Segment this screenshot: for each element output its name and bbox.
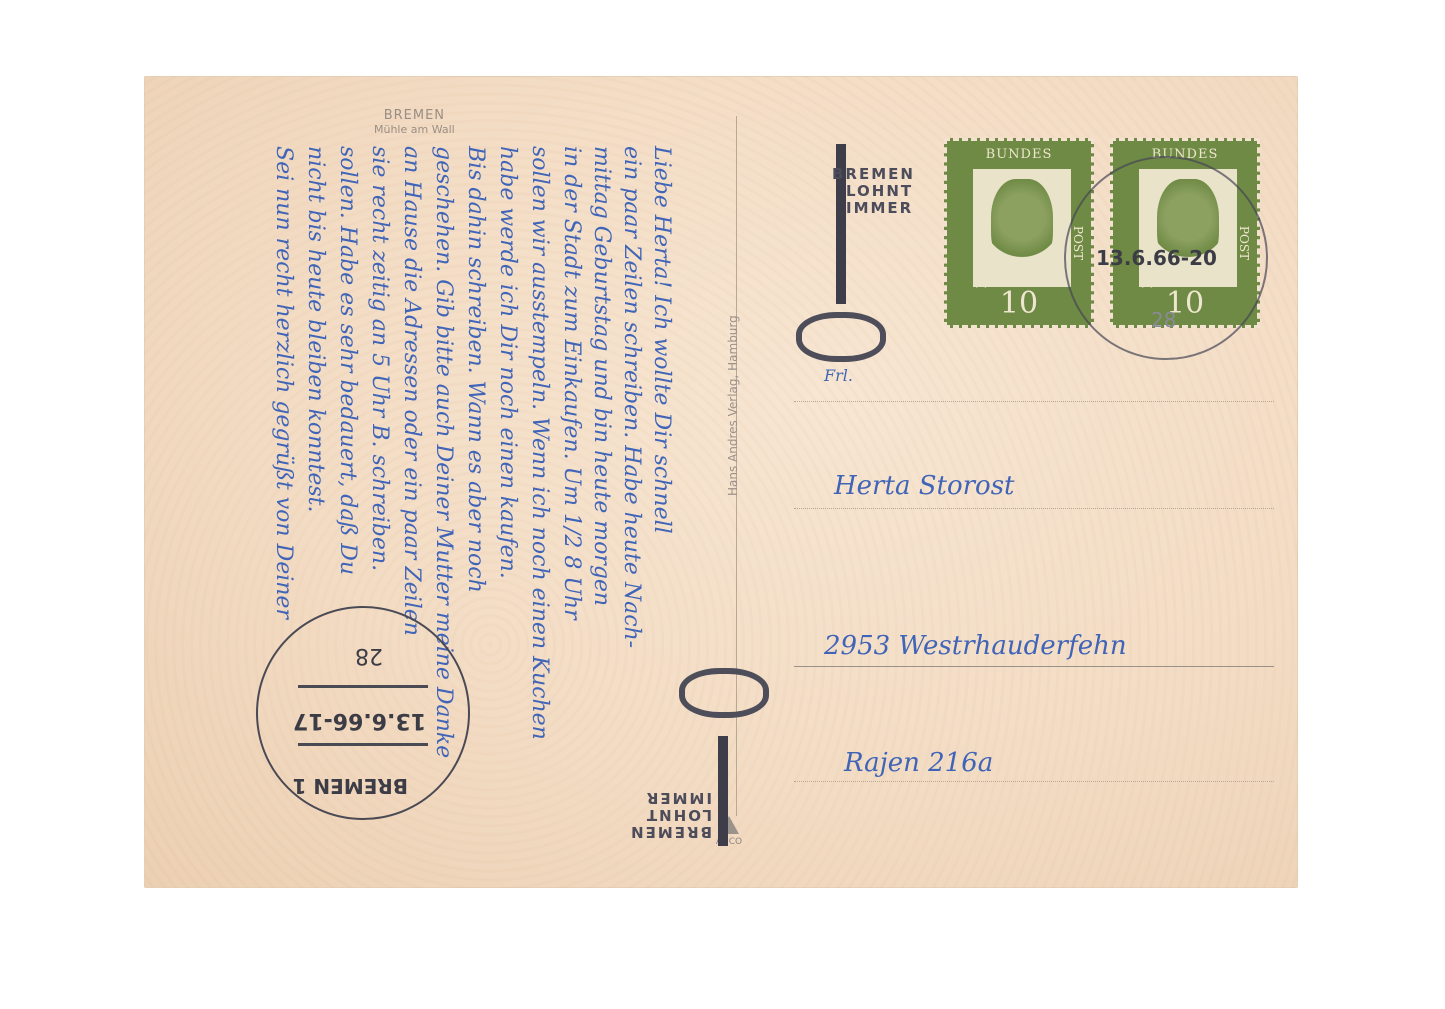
publisher-imprint: Hans Andres Verlag, Hamburg: [726, 315, 740, 496]
postmark-date: 13.6.66-17: [293, 708, 426, 733]
postmark-bottom: BREMEN 1 13.6.66-17 28: [256, 606, 470, 820]
message-line: Sei nun recht herzlich gegrüßt von Deine…: [271, 146, 296, 619]
address-rule: [794, 666, 1274, 667]
postcard: BREMEN Mühle am Wall Hans Andres Verlag,…: [144, 76, 1298, 888]
slogan-cancel-bottom: BREMEN LOHNT IMMER: [534, 616, 734, 846]
postmark-date: 13.6.66-20: [1096, 246, 1217, 270]
postmark-code: 28: [1151, 308, 1176, 332]
message-line: habe werde ich Dir noch einen kaufen.: [495, 146, 520, 579]
recipient-city: 2953 Westrhauderfehn: [824, 631, 1127, 661]
message-line: sollen. Habe es sehr bedauert, daß Du: [335, 146, 360, 575]
message-line: nicht bis heute bleiben konntest.: [303, 146, 328, 512]
slogan-text: BREMEN LOHNT IMMER: [629, 789, 712, 840]
recipient-street: Rajen 216a: [844, 748, 993, 778]
message-line: sie recht zeitig an 5 Uhr B. schreiben.: [367, 146, 392, 571]
initials: Frl.: [824, 366, 853, 385]
message-line: an Hause die Adressen oder ein paar Zeil…: [399, 146, 424, 636]
address-rule: [794, 508, 1274, 509]
message-line: Bis dahin schreiben. Wann es aber noch: [463, 146, 488, 593]
message-line: ein paar Zeilen schreiben. Habe heute Na…: [619, 146, 644, 648]
caption-subtitle: Mühle am Wall: [374, 123, 455, 136]
postmark-city: BREMEN 1: [293, 774, 409, 798]
postmark-code: 28: [355, 643, 383, 668]
address-rule: [794, 781, 1274, 782]
message-line: in der Stadt zum Einkaufen. Um 1/2 8 Uhr: [559, 146, 584, 620]
slogan-cancel-top: BREMEN LOHNT IMMER Frl.: [784, 144, 954, 384]
key-icon: [796, 312, 886, 362]
slogan-text: BREMEN LOHNT IMMER: [832, 166, 915, 217]
caption-title: BREMEN: [374, 108, 455, 123]
picture-caption: BREMEN Mühle am Wall: [374, 108, 455, 136]
message-line: mittag Geburtstag und bin heute morgen: [589, 146, 614, 606]
message-line: Liebe Herta! Ich wollte Dir schnell: [649, 146, 674, 534]
address-rule: [794, 401, 1274, 402]
recipient-name: Herta Storost: [834, 471, 1015, 501]
portrait-icon: [973, 169, 1071, 287]
postmark-top: 13.6.66-20 28: [1064, 156, 1268, 360]
key-icon: [679, 668, 769, 718]
